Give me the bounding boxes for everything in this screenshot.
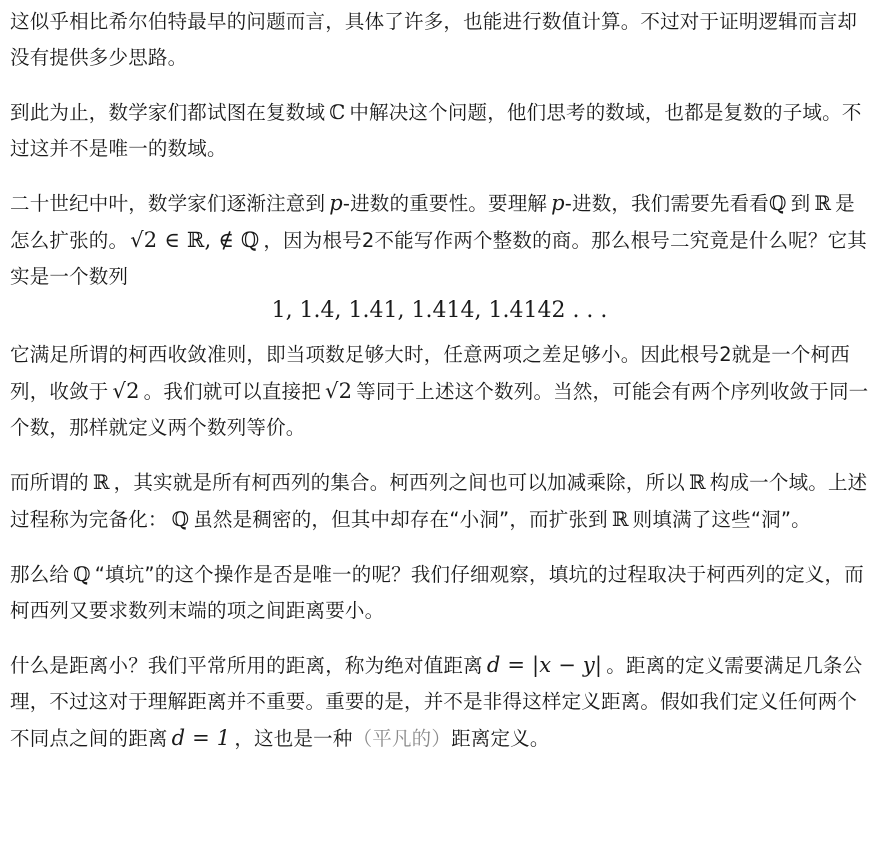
paragraph-text: “填坑”的这个操作是否是唯一的呢？我们仔细观察，填坑的过程取决于柯西列的定义，而…: [10, 563, 864, 622]
paragraph-text: -进数，我们需要先看看: [565, 192, 769, 215]
paragraph-text: 那么给: [10, 563, 69, 586]
paragraph-text: 什么是距离小？我们平常所用的距离，称为绝对值距离: [10, 654, 483, 677]
paragraph-p-adic-intro: 二十世纪中叶，数学家们逐渐注意到p-进数的重要性。要理解p-进数，我们需要先看看…: [10, 185, 869, 295]
paragraph-text: 这似乎相比希尔伯特最早的问题而言，具体了许多，也能进行数值计算。不过对于证明逻辑…: [10, 10, 857, 69]
math-trivial-distance: d = 1: [168, 726, 235, 750]
paragraph-uniqueness: 那么给ℚ“填坑”的这个操作是否是唯一的呢？我们仔细观察，填坑的过程取决于柯西列的…: [10, 556, 869, 629]
paragraph-text: 则填满了这些“洞”。: [633, 508, 811, 531]
rationals-symbol: ℚ: [769, 191, 791, 215]
paragraph-text: ，其实就是所有柯西列的集合。柯西列之间也可以加减乘除，所以: [114, 471, 685, 494]
paragraph-text: 而所谓的: [10, 471, 89, 494]
paragraph-text: 到此为止，数学家们都试图在复数域: [10, 101, 325, 124]
paragraph-text: 到: [791, 192, 811, 215]
math-sqrt2: √2: [109, 379, 144, 403]
paragraph-text: 距离定义。: [451, 727, 550, 750]
paragraph-text: 虽然是稠密的，但其中却存在“小洞”，而扩张到: [193, 508, 608, 531]
complex-numbers-symbol: ℂ: [325, 100, 349, 124]
reals-symbol: ℝ: [608, 507, 633, 531]
paragraph-complex-field: 到此为止，数学家们都试图在复数域ℂ中解决这个问题，他们思考的数域，也都是复数的子…: [10, 94, 869, 167]
paragraph-cauchy-sequence: 它满足所谓的柯西收敛准则，即当项数足够大时，任意两项之差足够小。因此根号2就是一…: [10, 337, 869, 446]
math-p: p: [325, 191, 343, 215]
display-math-sequence: 1, 1.4, 1.41, 1.414, 1.4142 . . .: [10, 291, 869, 331]
math-sqrt2-membership: √2 ∈ ℝ, ∉ ℚ: [128, 228, 263, 252]
math-sqrt2: √2: [321, 379, 356, 403]
paragraph-text: -进数的重要性。要理解: [343, 192, 547, 215]
paragraph-text: ，这也是一种: [234, 727, 352, 750]
rationals-symbol: ℚ: [168, 507, 194, 531]
paragraph-distance: 什么是距离小？我们平常所用的距离，称为绝对值距离d = |x − y|。距离的定…: [10, 647, 869, 757]
reals-symbol: ℝ: [89, 470, 114, 494]
paragraph-hilbert: 这似乎相比希尔伯特最早的问题而言，具体了许多，也能进行数值计算。不过对于证明逻辑…: [10, 4, 869, 76]
paragraph-text: 。我们就可以直接把: [144, 380, 321, 403]
math-p: p: [547, 191, 565, 215]
muted-annotation: （平凡的）: [353, 727, 452, 750]
article-body: 这似乎相比希尔伯特最早的问题而言，具体了许多，也能进行数值计算。不过对于证明逻辑…: [0, 0, 879, 757]
reals-symbol: ℝ: [685, 470, 710, 494]
reals-symbol: ℝ: [810, 191, 835, 215]
paragraph-completion: 而所谓的ℝ，其实就是所有柯西列的集合。柯西列之间也可以加减乘除，所以ℝ构成一个域…: [10, 464, 869, 538]
rationals-symbol: ℚ: [69, 562, 95, 586]
paragraph-text: 二十世纪中叶，数学家们逐渐注意到: [10, 192, 325, 215]
math-absolute-distance: d = |x − y|: [483, 653, 606, 677]
